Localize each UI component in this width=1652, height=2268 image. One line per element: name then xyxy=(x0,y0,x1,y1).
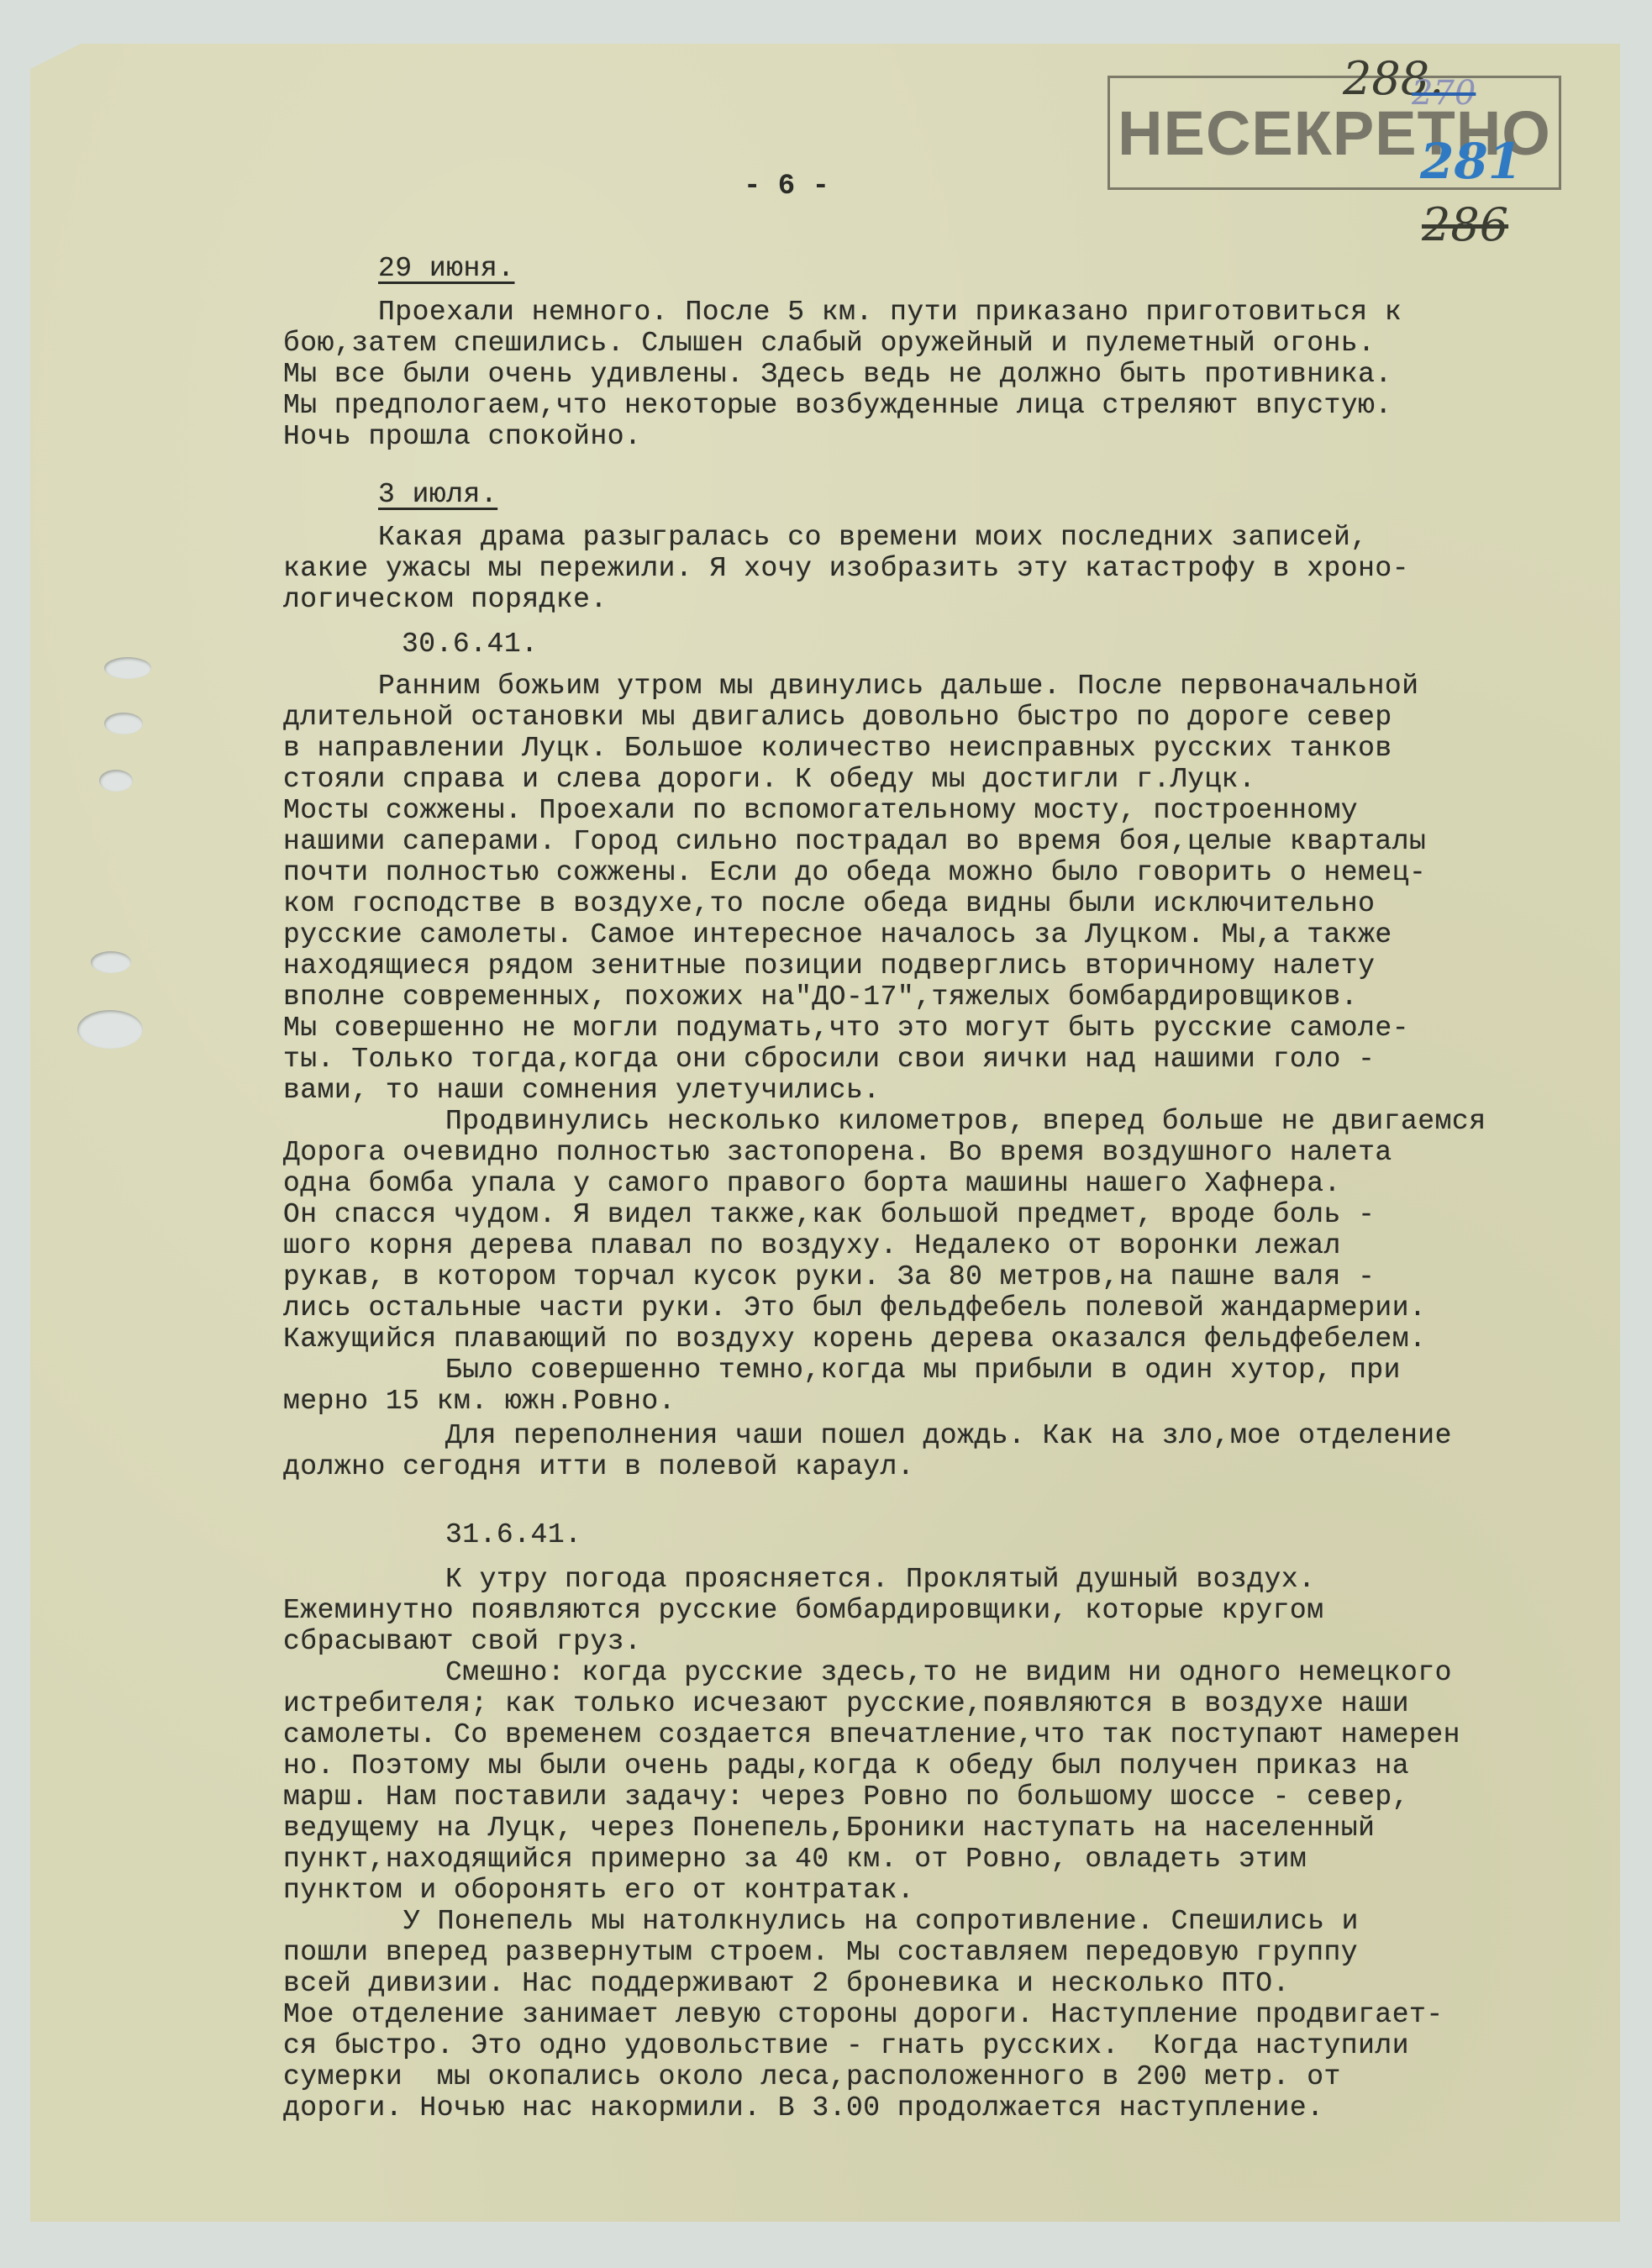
punch-hole xyxy=(77,1010,143,1049)
text-line: но. Поэтому мы были очень рады,когда к о… xyxy=(283,1752,1409,1780)
text-line: русские самолеты. Самое интересное начал… xyxy=(283,921,1392,949)
text-line: Было совершенно темно,когда мы прибыли в… xyxy=(445,1356,1401,1384)
page-number: - 6 - xyxy=(744,171,829,203)
text-line: нашими саперами. Город сильно пострадал … xyxy=(283,828,1426,855)
text-line: У Понепель мы натолкнулись на сопротивле… xyxy=(403,1908,1359,1935)
text-line: всей дивизии. Нас поддерживают 2 броневи… xyxy=(283,1970,1290,1997)
text-line: пункт,находящийся примерно за 40 км. от … xyxy=(283,1845,1307,1873)
punch-hole xyxy=(104,713,143,734)
text-line: стояли справа и слева дороги. К обеду мы… xyxy=(283,766,1255,793)
section-date: 3 июля. xyxy=(378,481,497,508)
text-line: ком господстве в воздухе,то после обеда … xyxy=(283,890,1375,918)
text-line: должно сегодня итти в полевой караул. xyxy=(283,1453,914,1481)
text-line: дороги. Ночью нас накормили. В 3.00 прод… xyxy=(283,2094,1324,2122)
text-line: длительной остановки мы двигались доволь… xyxy=(283,703,1392,731)
text-line: сумерки мы окопались около леса,располож… xyxy=(283,2063,1341,2091)
text-line: Он спасся чудом. Я видел также,как больш… xyxy=(283,1201,1375,1229)
text-line: рукав, в котором торчал кусок руки. За 8… xyxy=(283,1263,1375,1291)
text-line: бою,затем спешились. Слышен слабый оруже… xyxy=(283,329,1375,357)
text-line: самолеты. Со временем создается впечатле… xyxy=(283,1721,1460,1749)
text-line: марш. Нам поставили задачу: через Ровно … xyxy=(283,1783,1409,1811)
text-line: шого корня дерева плавал по воздуху. Нед… xyxy=(283,1232,1341,1260)
section-date: 29 июня. xyxy=(378,255,514,282)
text-line: Проехали немного. После 5 км. пути прика… xyxy=(378,298,1402,326)
text-line: Какая драма разыгралась со времени моих … xyxy=(378,524,1368,551)
text-line: ты. Только тогда,когда они сбросили свои… xyxy=(283,1045,1375,1073)
text-line: Мы совершенно не могли подумать,что это … xyxy=(283,1014,1409,1042)
text-line: мерно 15 км. южн.Ровно. xyxy=(283,1387,676,1415)
text-line: почти полностью сожжены. Если до обеда м… xyxy=(283,859,1426,887)
text-line: Кажущийся плавающий по воздуху корень де… xyxy=(283,1325,1426,1353)
text-line: Ночь прошла спокойно. xyxy=(283,423,641,450)
section-date: 31.6.41. xyxy=(445,1521,581,1549)
text-line: Ранним божьим утром мы двинулись дальше.… xyxy=(378,672,1419,700)
punch-hole xyxy=(91,951,131,973)
text-line: пунктом и оборонять его от контратак. xyxy=(283,1876,914,1904)
text-line: в направлении Луцк. Большое количество н… xyxy=(283,734,1392,762)
text-line: Ежеминутно появляются русские бомбардиро… xyxy=(283,1597,1324,1624)
text-line: Смешно: когда русские здесь,то не видим … xyxy=(445,1659,1452,1687)
text-line: К утру погода проясняется. Проклятый душ… xyxy=(445,1565,1315,1593)
text-line: Мосты сожжены. Проехали по вспомогательн… xyxy=(283,797,1358,824)
text-line: логическом порядке. xyxy=(283,586,608,613)
text-line: Дорога очевидно полностью застопорена. В… xyxy=(283,1139,1392,1166)
text-line: ведущему на Луцк, через Понепель,Броники… xyxy=(283,1814,1375,1842)
text-line: вполне современных, похожих на"ДО-17",тя… xyxy=(283,983,1358,1011)
punch-hole xyxy=(104,657,151,679)
text-line: лись остальные части руки. Это был фельд… xyxy=(283,1294,1426,1322)
text-line: вами, то наши сомнения улетучились. xyxy=(283,1076,881,1104)
text-line: Для переполнения чаши пошел дождь. Как н… xyxy=(445,1422,1452,1450)
archive-number-blue: 281 xyxy=(1420,133,1522,190)
punch-hole xyxy=(99,770,133,792)
text-line: ся быстро. Это одно удовольствие - гнать… xyxy=(283,2032,1409,2060)
text-line: какие ужасы мы пережили. Я хочу изобрази… xyxy=(283,555,1409,582)
text-line: Мое отделение занимает левую стороны дор… xyxy=(283,2001,1444,2029)
archive-number-struck-bottom: 286 xyxy=(1422,198,1508,251)
section-date: 30.6.41. xyxy=(402,630,538,658)
text-line: Продвинулись несколько километров, впере… xyxy=(445,1108,1486,1135)
text-line: находящиеся рядом зенитные позиции подве… xyxy=(283,952,1375,980)
archive-number-struck: 270 xyxy=(1412,74,1476,113)
text-line: сбрасывают свой груз. xyxy=(283,1628,641,1655)
text-line: истребителя; как только исчезают русские… xyxy=(283,1690,1409,1718)
text-line: одна бомба упала у самого правого борта … xyxy=(283,1170,1341,1197)
text-line: пошли вперед развернутым строем. Мы сост… xyxy=(283,1939,1358,1966)
text-line: Мы все были очень удивлены. Здесь ведь н… xyxy=(283,360,1392,388)
text-line: Мы предпологаем,что некоторые возбужденн… xyxy=(283,392,1392,419)
